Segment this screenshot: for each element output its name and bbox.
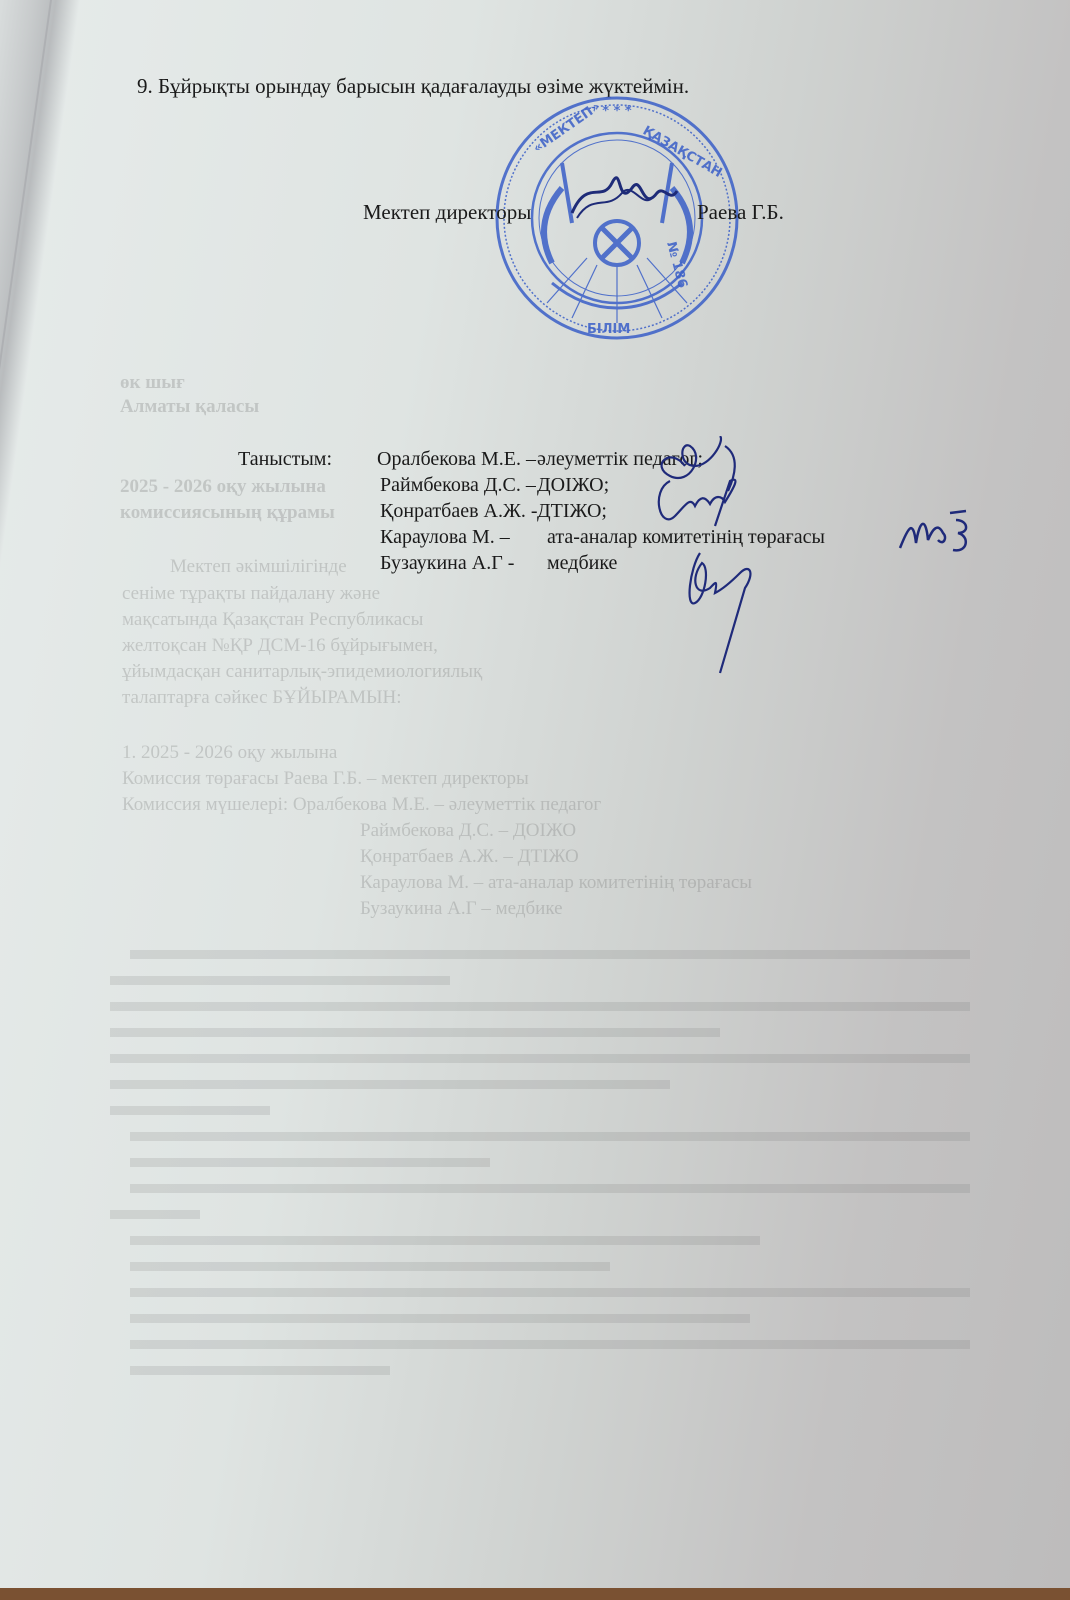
ghost-line: Қонратбаев А.Ж. – ДТІЖО: [360, 846, 579, 868]
ack-person-name: Раймбекова Д.С. –: [380, 474, 537, 497]
ghost-line: Раймбекова Д.С. – ДОІЖО: [360, 820, 576, 842]
ack-person-role: ДОІЖО;: [537, 474, 609, 497]
ghost-line: сеніме тұрақты пайдалану және: [122, 583, 380, 605]
ghost-line: талаптарға сәйкес БҰЙЫРАМЫН:: [122, 687, 402, 709]
ack-person-name: Караулова М. –: [380, 526, 547, 549]
acknowledged-label: Таныстым:: [238, 448, 332, 471]
ghost-line: Бузаукина А.Г – медбике: [360, 898, 563, 920]
ack-row: Қонратбаев А.Ж. -ДТІЖО;: [380, 500, 607, 523]
ghost-line: ұйымдасқан санитарлық-эпидемиологиялық: [122, 661, 482, 683]
ack-person-role: медбике: [547, 552, 617, 575]
ack-person-role: ДТІЖО;: [537, 500, 607, 523]
signature-icon: [680, 548, 770, 678]
ghost-line: Караулова М. – ата-аналар комитетінің тө…: [360, 872, 752, 894]
ghost-line: 1. 2025 - 2026 оқу жылына: [122, 742, 337, 764]
ghost-line: мақсатында Қазақстан Республикасы: [122, 609, 423, 631]
ghost-line: Комиссия төрағасы Раева Г.Б. – мектеп ди…: [122, 768, 529, 790]
ghost-line: желтоқсан №ҚР ДСМ-16 бұйрығымен,: [122, 635, 438, 657]
ghost-line: комиссиясының құрамы: [120, 502, 335, 524]
svg-text:ҚАЗАҚСТАН: ҚАЗАҚСТАН: [640, 123, 724, 180]
page-edge-shadow: [0, 0, 80, 1600]
ack-row: Караулова М. –ата-аналар комитетінің төр…: [380, 526, 825, 549]
ack-person-name: Қонратбаев А.Ж. -: [380, 500, 537, 523]
ack-person-name: Оралбекова М.Е. –: [377, 448, 537, 471]
director-name: Раева Г.Б.: [697, 200, 784, 225]
svg-text:* * *: * * *: [602, 104, 632, 119]
signature-icon: [898, 508, 978, 558]
ghost-line: Мектеп әкімшілігінде: [170, 556, 347, 578]
ack-row: Раймбекова Д.С. –ДОІЖО;: [380, 474, 609, 497]
ghost-line: Комиссия мүшелері: Оралбекова М.Е. – әле…: [122, 794, 601, 816]
document-page: өк шығ Алматы қаласы 2025 - 2026 оқу жыл…: [0, 0, 1070, 1588]
ack-row: Бузаукина А.Г -медбике: [380, 552, 617, 575]
ghost-line: 2025 - 2026 оқу жылына: [120, 476, 326, 498]
svg-text:БІЛІМ: БІЛІМ: [587, 322, 630, 337]
ghost-paragraph-bars: [110, 940, 980, 1380]
signature-icon: [640, 436, 750, 536]
ack-person-name: Бузаукина А.Г -: [380, 552, 547, 575]
ghost-line: Алматы қаласы: [120, 396, 259, 418]
director-position-label: Мектеп директоры: [363, 200, 531, 225]
ghost-line: өк шығ: [120, 372, 185, 394]
